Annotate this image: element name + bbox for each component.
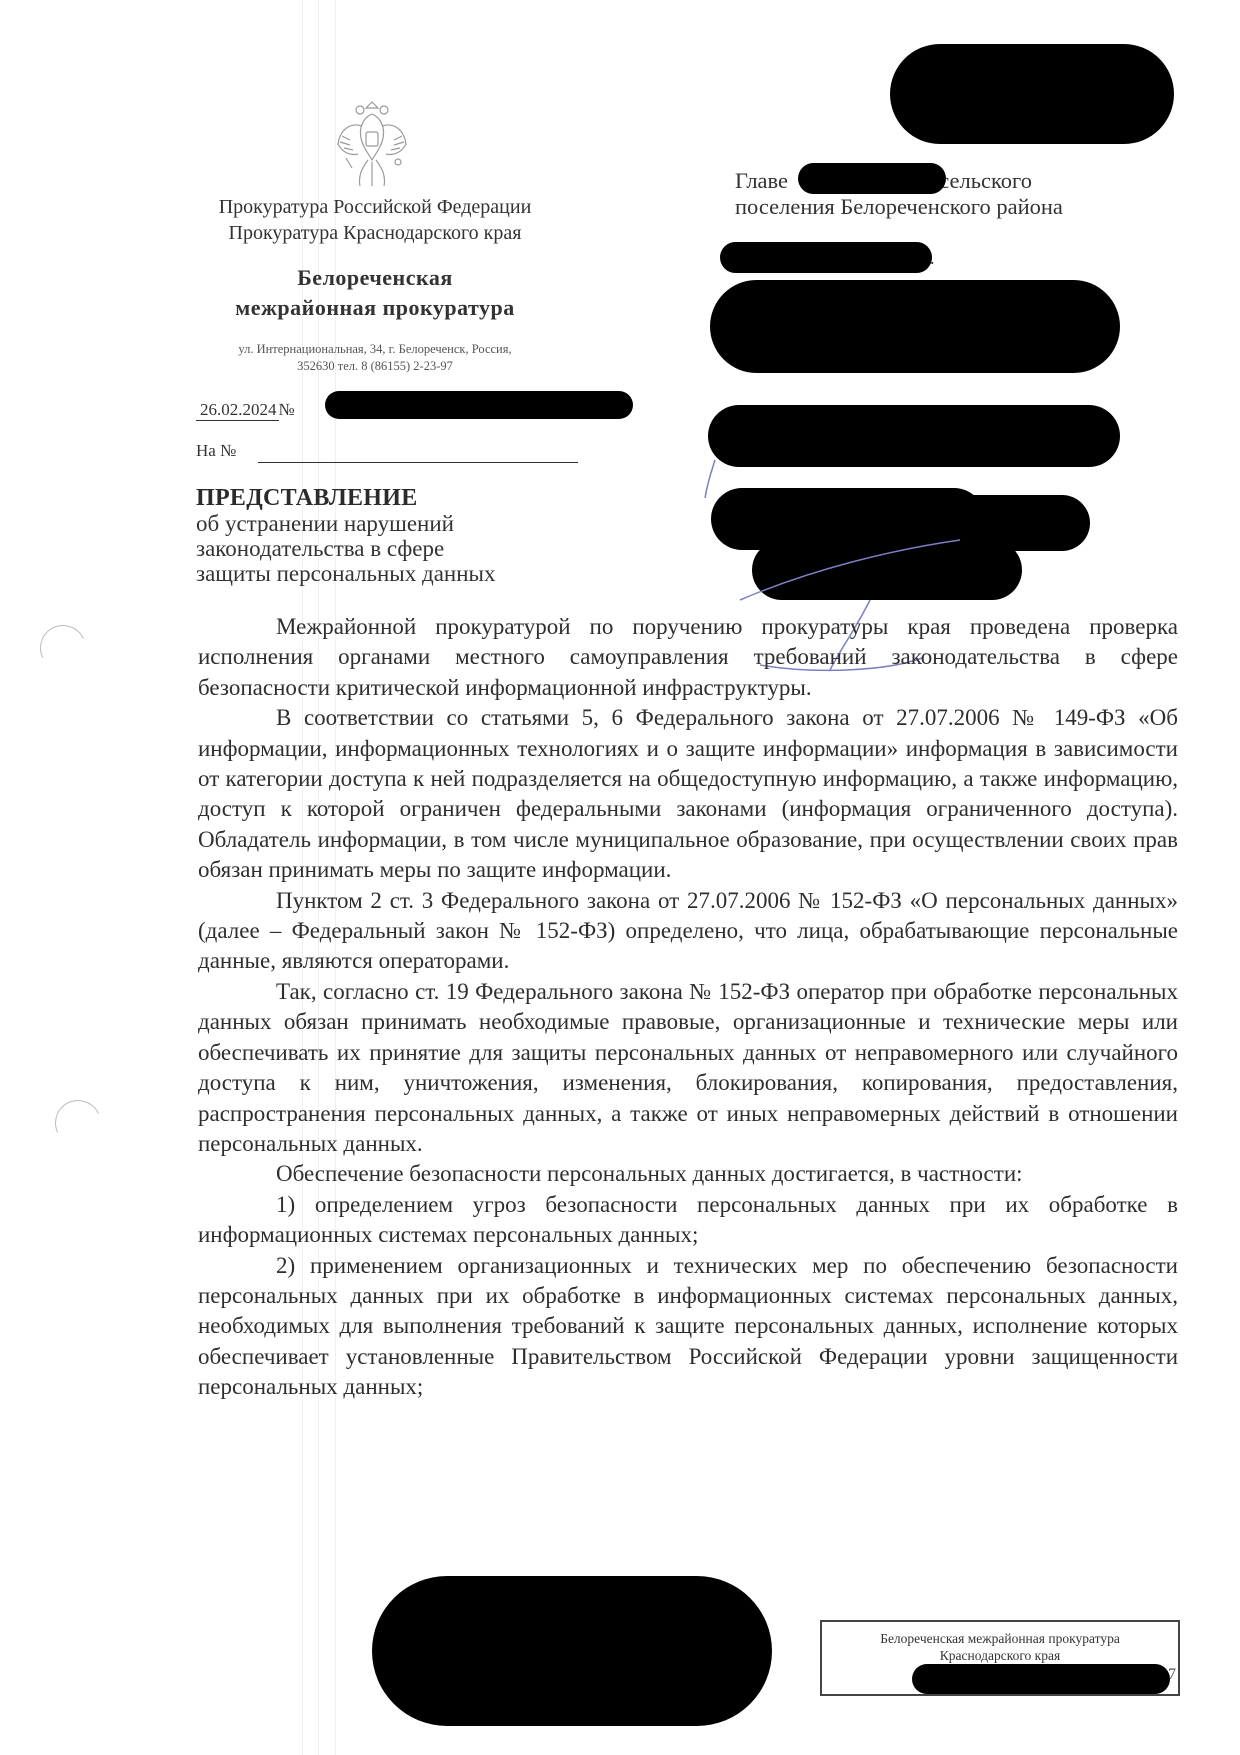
- redaction-settlement-name: [798, 163, 946, 194]
- coat-of-arms-icon: [332, 96, 412, 192]
- reply-to-label: На №: [196, 441, 236, 461]
- stamp-line: Краснодарского края: [822, 1647, 1178, 1664]
- redaction-stamp-number: [912, 1664, 1170, 1694]
- redaction-bottom-signature: [372, 1576, 772, 1726]
- list-item: 2) применением организационных и техниче…: [198, 1251, 1178, 1403]
- outgoing-date-number: 26.02.2024№: [196, 400, 295, 421]
- subtitle-line: законодательства в сфере: [196, 536, 616, 561]
- paragraph: Пунктом 2 ст. 3 Федерального закона от 2…: [198, 886, 1178, 977]
- document-body: Межрайонной прокуратурой по поручению пр…: [198, 612, 1178, 1403]
- outgoing-date: 26.02.2024: [196, 400, 279, 421]
- subtitle-line: защиты персональных данных: [196, 561, 616, 586]
- document-title: ПРЕДСТАВЛЕНИЕ: [196, 485, 418, 512]
- redaction-outgoing-number: [325, 391, 633, 419]
- org-address-line2: 352630 тел. 8 (86155) 2-23-97: [170, 358, 580, 374]
- stamp-line: Белореченская межрайонная прокуратура: [822, 1630, 1178, 1647]
- redaction-address-1: [710, 280, 1120, 373]
- document-subtitle: об устранении нарушений законодательства…: [196, 511, 616, 586]
- paragraph: Обеспечение безопасности персональных да…: [198, 1159, 1178, 1189]
- org-line-federation: Прокуратура Российской Федерации: [170, 196, 580, 219]
- org-line-region: Прокуратура Краснодарского края: [170, 222, 580, 245]
- redaction-address-5: [752, 540, 1022, 600]
- addressee-line2: поселения Белореченского района: [735, 194, 1195, 220]
- redaction-address-2: [708, 405, 1120, 467]
- paragraph: Межрайонной прокуратурой по поручению пр…: [198, 612, 1178, 703]
- number-label: №: [279, 400, 295, 419]
- org-address-line1: ул. Интернациональная, 34, г. Белореченс…: [170, 341, 580, 357]
- paragraph: Так, согласно ст. 19 Федерального закона…: [198, 977, 1178, 1159]
- reply-to-underline: [258, 462, 578, 463]
- redaction-addressee-name: [720, 242, 932, 273]
- list-item: 1) определением угроз безопасности персо…: [198, 1190, 1178, 1251]
- org-name-line1: Белореченская: [170, 265, 580, 291]
- redaction-top-right: [890, 44, 1174, 144]
- punch-hole-mark: [34, 619, 93, 678]
- addressee-prefix: Главе: [735, 168, 788, 193]
- paragraph: В соответствии со статьями 5, 6 Федераль…: [198, 703, 1178, 885]
- addressee-suffix: сельского: [939, 168, 1032, 193]
- addressee-dot: .: [930, 248, 935, 269]
- punch-hole-mark: [49, 1094, 108, 1153]
- subtitle-line: об устранении нарушений: [196, 511, 616, 536]
- org-name-line2: межрайонная прокуратура: [170, 295, 580, 321]
